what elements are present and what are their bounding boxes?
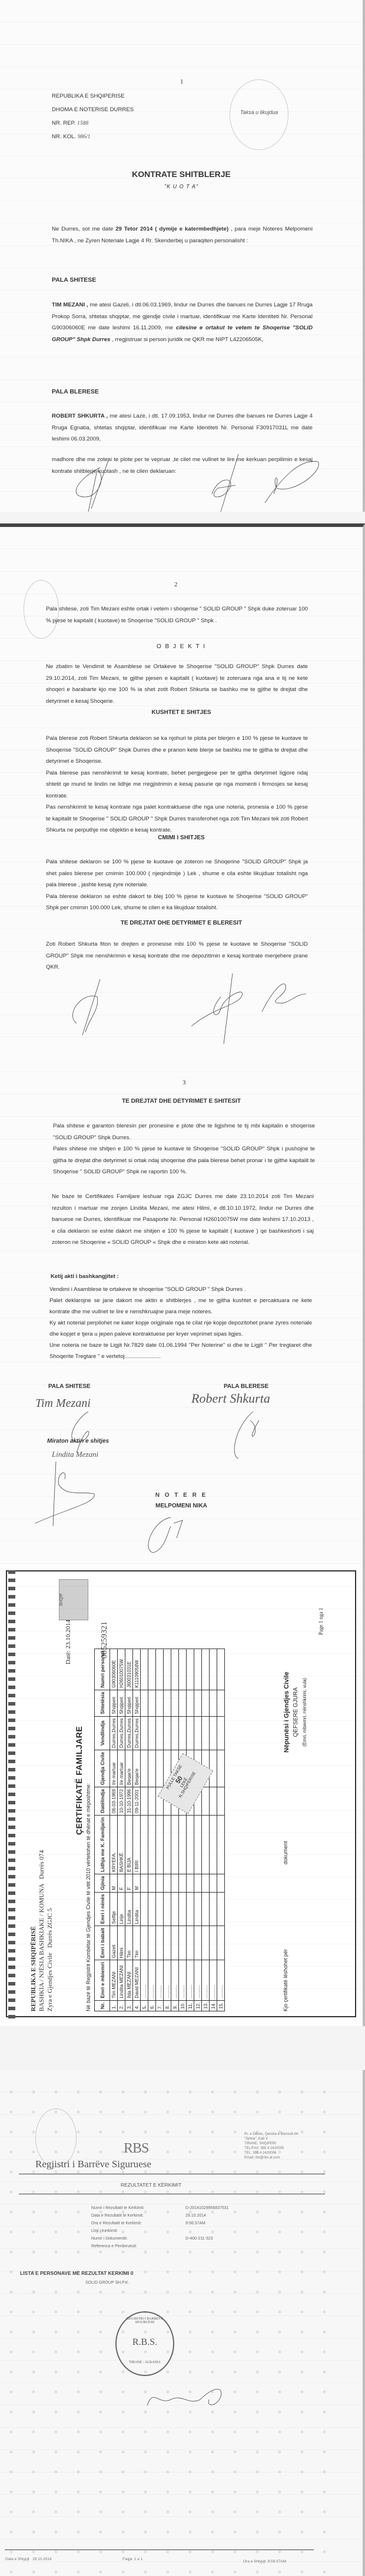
contract-page-2: 2 Pala shitese, zoti Tim Mezani eshte or…: [0, 523, 365, 970]
price-item: Pala shitese deklaron se 100 % pjese te …: [46, 856, 308, 891]
seller-right-item: Pala shitese e garanton bleresin per pro…: [53, 1120, 315, 1143]
header-chamber: DHOMA E NOTERISE DURRES: [52, 103, 134, 116]
contract-page-2-signatures: [0, 970, 365, 1050]
certificate-title: ÇERTIFIKATË FAMILJARE: [74, 1726, 84, 1835]
rbs-name: Regjistri i Barrëve Siguruese: [35, 2158, 151, 2170]
page-number: 1: [180, 78, 184, 85]
buyer-handwritten-name: Robert Shkurta: [191, 1391, 270, 1406]
object-paragraph: Ne zbatim te Vendimit te Asamblese se Or…: [46, 661, 308, 707]
seller-handwritten-name: Tim Mezani: [35, 1397, 91, 1410]
table-row: 8...........: [164, 1649, 171, 2011]
seller-signature: [65, 456, 118, 512]
notary-initials: [200, 453, 253, 512]
closing-item: Ky akt noterial perpilohet ne kater kopj…: [49, 1317, 312, 1340]
notary-signature: [141, 1514, 206, 1556]
rep-number: 1588: [77, 120, 88, 126]
table-row: 12...........: [194, 1649, 202, 2011]
notary-initials: [188, 973, 253, 1044]
divider: [5, 2550, 314, 2550]
footer-page: Faqja: 1 e 1: [122, 2557, 142, 2561]
certificate-header: REPUBLIKA E SHQIPËRISË BASHKIA / NJËSIA …: [29, 1850, 54, 2011]
page-number: 3: [182, 1079, 186, 1086]
table-row: 10...........: [179, 1649, 187, 2011]
conditions-heading: KUSHTET E SHITJES: [0, 709, 363, 716]
certificate-document: dokument: [283, 1841, 288, 1864]
seller-signature: [65, 979, 112, 1035]
table-row: 15...........: [217, 1649, 225, 2011]
footer-print-date: Data e Shtypjt 29.10.2014: [5, 2557, 52, 2561]
table-header: Datëlindja: [95, 1787, 110, 1816]
table-row: 5...........: [141, 1649, 148, 2011]
document-header: REPUBLIKA E SHQIPERISE DHOMA E NOTERISE …: [52, 89, 134, 144]
rbs-title: REZULTATET E KËRKIMIT: [121, 2182, 181, 2188]
condition-item: Pala blerese zoti Robert Shkurta deklaro…: [46, 733, 308, 768]
rbs-logo: RBS: [124, 2141, 148, 2157]
table-row: 3.Ilda MEZANITimLinditaFE BIJA31-10-1996…: [125, 1649, 133, 2011]
approval-label: Miraton aktin e shitjes: [47, 1438, 109, 1444]
price-heading: CMIMI I SHITJES: [0, 835, 363, 841]
notary-label: N O T E R E: [0, 1492, 363, 1499]
certificate-date: Datë: 23.10.2014: [65, 1620, 72, 1664]
buyer-details: ROBERT SHKURTA , me atesi Laze, i dtl. 1…: [52, 411, 313, 445]
notary-name: MELPOMENI NIKA: [0, 1503, 363, 1509]
sign-seller-label: PALA SHITESE: [48, 1383, 91, 1390]
company-result: SOLID GROUP SH.P.K.: [85, 2281, 129, 2285]
seller-rights-list: Pala shitese e garanton bleresin per pro…: [53, 1120, 315, 1178]
certificate-ornament-border: [8, 1570, 15, 2020]
table-row: 6...........: [148, 1649, 156, 2011]
paid-stamp-text: Taksa u likujdua: [230, 109, 288, 115]
intro-paragraph: Ne Durres, sot me date 29 Tetor 2014 ( d…: [52, 223, 313, 246]
result-field-labels: Numri i Rezultatit te Kerkimit:Data e Re…: [91, 2204, 144, 2250]
contract-title: KONTRATE SHITBLERJE: [0, 169, 363, 179]
buyer-rights-paragraph: Zoti Robert Shkurta fiton te drejten e p…: [46, 939, 308, 973]
table-row: 2.Lindita MEZANIHilmiLirijeFBASHKË.10-10…: [118, 1649, 125, 2011]
divider: [19, 2194, 325, 2194]
object-heading: O B J E K T I: [0, 643, 363, 650]
price-list: Pala shitese deklaron se 100 % pjese te …: [46, 856, 308, 914]
table-row: 1.Tim MEZANIGazeliSelfijeMKRYEFA.06-03-1…: [110, 1649, 118, 2011]
contract-page-3: 3 TE DREJTAT DHE DETYRIMET E SHITESIT Pa…: [0, 1050, 365, 1564]
family-certificate-page: REPUBLIKA E SHQIPËRISË BASHKIA / NJËSIA …: [0, 1564, 365, 2026]
rbs-search-result-page: RBS Regjistri i Barrëve Siguruese Rr. e …: [0, 2070, 365, 2576]
family-table: Nr.Emri e mbiemriEmri i babaitEmri i nën…: [94, 1649, 225, 2011]
seller-rights-heading: TE DREJTAT DHE DETYRIMET E SHITESIT: [0, 1098, 363, 1105]
notary-stamp: Taksa u likujdua: [230, 79, 288, 150]
certificate-content: REPUBLIKA E SHQIPËRISË BASHKIA / NJËSIA …: [35, 1576, 341, 2011]
header-rep: NR. REP. 1588: [52, 116, 134, 130]
conditions-list: Pala blerese zoti Robert Shkurta deklaro…: [46, 733, 308, 836]
contract-subtitle: "K U O T A": [0, 183, 363, 189]
seller-signature: [65, 1412, 100, 1453]
buyer-heading: PALA BLERESE: [52, 388, 99, 395]
seller-right-item: Pales shitese me shitjen e 100 % pjese t…: [53, 1143, 315, 1178]
certificate-serial: 005259321: [100, 1621, 109, 1659]
certificate-intro: Në bazë të Regjistrit Kombëtar të Gjendj…: [85, 1783, 91, 2011]
table-row: 7...........: [156, 1649, 164, 2011]
spouse-consent-paragraph: Ne baze te Certifikates Familjare leshua…: [52, 1191, 314, 1249]
sign-buyer-label: PALA BLERESE: [224, 1383, 268, 1390]
rbs-seal: REGJISTRI I BARREVE SIGURUESE R.B.S. TIR…: [115, 2311, 174, 2376]
buyer-signature: [224, 1409, 271, 1461]
closing-item: Une noteria ne baze te Ligjit Nr.7829 da…: [49, 1340, 312, 1362]
attachments-heading: Ketij akti i bashkangjitet :: [51, 1273, 119, 1280]
closing-list: Vendimi i Asamblese te ortakeve te shoqe…: [49, 1284, 312, 1362]
table-row: 11...........: [187, 1649, 194, 2011]
condition-item: Pas nenshkrimit te kesaj kontrate nga pa…: [46, 802, 308, 836]
table-row: 14...........: [210, 1649, 217, 2011]
contract-page-1: 1 REPUBLIKA E SHQIPERISE DHOMA E NOTERIS…: [0, 0, 365, 512]
registrar-signature: [141, 2382, 230, 2411]
persons-list-heading: LISTA E PERSONAVE ME REZULTAT KERKIMI 0: [20, 2270, 134, 2276]
closing-item: Palet deklarojne se jane dakort me aktin…: [49, 1295, 312, 1317]
divider: [19, 2174, 325, 2174]
seller-details: TIM MEZANI , me atesi Gazeli, i dtl.06.0…: [52, 299, 313, 345]
closing-item: Vendimi i Asamblese te ortakeve te shoqe…: [49, 1284, 312, 1295]
certificate-page-tag: Page 1 nga 1: [318, 1608, 324, 1635]
buyer-signature: [259, 453, 324, 506]
hologram-sticker: SHQIP: [59, 1579, 88, 1620]
civil-officer-block: Nëpunësi i Gjendjes Civile QEFSERE GJURA…: [283, 1671, 309, 1753]
table-header: Gjendja Civile: [95, 1750, 110, 1787]
seller-heading: PALA SHITESE: [52, 276, 96, 283]
rbs-address: Rr. e Dibres, Qendra e Biznesit AK"Selvi…: [244, 2132, 298, 2160]
header-republic: REPUBLIKA E SHQIPERISE: [52, 89, 134, 103]
buyer-rights-heading: TE DREJTAT DHE DETYRIMET E BLERESIT: [0, 920, 363, 926]
ownership-paragraph: Pala shitese, zoti Tim Mezani eshte orta…: [46, 603, 308, 626]
table-header: Emri e mbiemri: [95, 1960, 110, 2000]
kol-number: 986/1: [78, 134, 91, 140]
certificate-issued-for: Kjo çertifikatë lëshohet për: [283, 1949, 288, 2011]
condition-item: Pala blerese pas nenshkrimit te kesaj ko…: [46, 768, 308, 802]
table-header: Gjinia: [95, 1874, 110, 1893]
result-field-values: D-2014102995683753129.10.20149:56:37AM D…: [185, 2204, 229, 2250]
table-header: Emri i nënës: [95, 1892, 110, 1926]
table-header: Lidhja me K. Familjarin: [95, 1815, 110, 1874]
price-item: Pala blerese deklaron se eshte dakort te…: [46, 891, 308, 914]
table-header: Vendlindja: [95, 1716, 110, 1750]
page-number: 2: [174, 581, 178, 588]
buyer-signature: [259, 976, 312, 1017]
table-row: 4.David MEZANITimLinditaMI BIRI09-11-200…: [133, 1649, 141, 2011]
approval-handwritten-name: Lindita Mezani: [52, 1450, 98, 1459]
footer-print-time: Ora e Shtypjt: 9:56:37AM: [243, 2560, 286, 2564]
table-row: 9...........: [171, 1649, 179, 2011]
table-row: 13...........: [202, 1649, 210, 2011]
table-header: Shtetësia: [95, 1690, 110, 1716]
table-header: Emri i babait: [95, 1926, 110, 1960]
table-header: Nr.: [95, 2000, 110, 2011]
header-kol: NR. KOL. 986/1: [52, 130, 134, 144]
